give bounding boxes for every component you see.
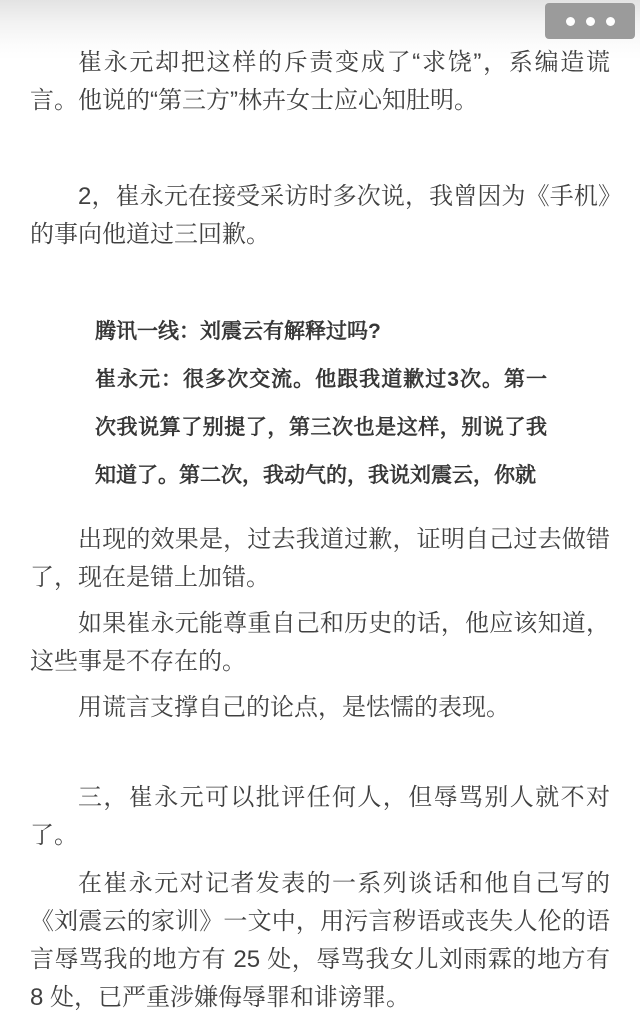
paragraph: 如果崔永元能尊重自己和历史的话，他应该知道，这些事是不存在的。 bbox=[30, 605, 610, 681]
paragraph: 崔永元却把这样的斥责变成了“求饶”，系编造谎言。他说的“第三方”林卉女士应心知肚… bbox=[30, 44, 610, 120]
more-options-button[interactable] bbox=[545, 3, 635, 39]
quote-line-answer: 崔永元：很多次交流。他跟我道歉过3次。第一次我说算了别提了，第三次也是这样，别说… bbox=[95, 356, 547, 500]
interview-quote-block: 腾讯一线：刘震云有解释过吗? 崔永元：很多次交流。他跟我道歉过3次。第一次我说算… bbox=[95, 308, 547, 500]
paragraph: 出现的效果是，过去我道过歉，证明自己过去做错了，现在是错上加错。 bbox=[30, 521, 610, 597]
quote-line-interviewer: 腾讯一线：刘震云有解释过吗? bbox=[95, 308, 547, 356]
paragraph: 在崔永元对记者发表的一系列谈话和他自己写的《刘震云的家训》一文中，用污言秽语或丧… bbox=[30, 865, 610, 1017]
article-body: 崔永元却把这样的斥责变成了“求饶”，系编造谎言。他说的“第三方”林卉女士应心知肚… bbox=[0, 0, 640, 1017]
paragraph: 用谎言支撑自己的论点，是怯懦的表现。 bbox=[30, 689, 610, 727]
paragraph: 2，崔永元在接受采访时多次说，我曾因为《手机》的事向他道过三回歉。 bbox=[30, 178, 610, 254]
article-page: 崔永元却把这样的斥责变成了“求饶”，系编造谎言。他说的“第三方”林卉女士应心知肚… bbox=[0, 0, 640, 1034]
ellipsis-icon bbox=[566, 17, 615, 26]
paragraph-section-three: 三，崔永元可以批评任何人，但辱骂别人就不对了。 bbox=[30, 779, 610, 855]
